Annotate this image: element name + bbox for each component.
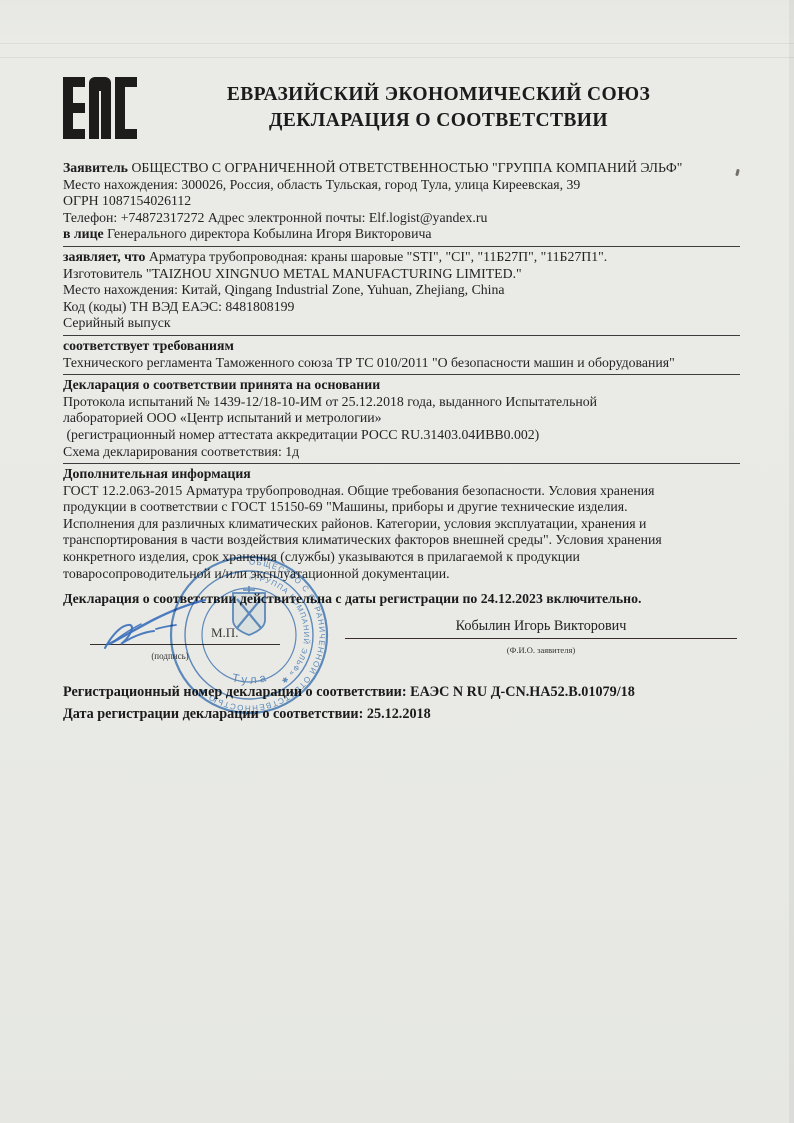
basis-section: Декларация о соответствии принята на осн… [63, 377, 740, 460]
applicant-label: Заявитель [63, 160, 128, 175]
issue-type: Серийный выпуск [63, 315, 740, 332]
regulation-line: Технического регламента Таможенного союз… [63, 355, 740, 372]
conformity-heading-text: соответствует требованиям [63, 338, 234, 353]
conformity-section: соответствует требованиям Технического р… [63, 338, 740, 371]
signer-name: Кобылин Игорь Викторович [345, 618, 737, 635]
applicant-contacts: Телефон: +74872317272 Адрес электронной … [63, 210, 740, 227]
declares-line: заявляет, что Арматура трубопроводная: к… [63, 249, 740, 266]
applicant-representative: в лице Генерального директора Кобылина И… [63, 226, 740, 243]
registration-block: Регистрационный номер декларации о соотв… [63, 681, 740, 725]
basis-line: Схема декларирования соответствия: 1д [63, 444, 740, 461]
conformity-heading: соответствует требованиям [63, 338, 740, 355]
section-divider [63, 246, 740, 247]
basis-line: лабораторией ООО «Центр испытаний и метр… [63, 410, 740, 427]
signer-name-line [345, 638, 737, 639]
basis-line: Протокола испытаний № 1439-12/18-10-ИМ о… [63, 394, 740, 411]
manufacturer-address: Место нахождения: Китай, Qingang Industr… [63, 282, 740, 299]
additional-info-heading-text: Дополнительная информация [63, 466, 251, 481]
additional-info-line: товаросопроводительной и/или эксплуатаци… [63, 566, 740, 583]
document-title: ЕВРАЗИЙСКИЙ ЭКОНОМИЧЕСКИЙ СОЮЗ ДЕКЛАРАЦИ… [137, 76, 740, 134]
scan-artifact-line [0, 43, 794, 45]
applicant-name: ОБЩЕСТВО С ОГРАНИЧЕННОЙ ОТВЕТСТВЕННОСТЬЮ… [131, 160, 682, 175]
manufacturer-line: Изготовитель "TAIZHOU XINGNUO METAL MANU… [63, 266, 740, 283]
eac-logo-icon [63, 76, 137, 140]
additional-info-section: Дополнительная информация ГОСТ 12.2.063-… [63, 466, 740, 582]
section-divider [63, 335, 740, 336]
additional-info-line: Исполнения для различных климатических р… [63, 516, 740, 533]
basis-heading-text: Декларация о соответствии принята на осн… [63, 377, 380, 392]
section-divider [63, 374, 740, 375]
section-divider [63, 463, 740, 464]
document-content: ЕВРАЗИЙСКИЙ ЭКОНОМИЧЕСКИЙ СОЮЗ ДЕКЛАРАЦИ… [63, 76, 740, 725]
scan-artifact-line [0, 57, 794, 58]
additional-info-line: конкретного изделия, срок хранения (служ… [63, 549, 740, 566]
basis-heading: Декларация о соответствии принята на осн… [63, 377, 740, 394]
declares-label: заявляет, что [63, 249, 145, 264]
basis-line: (регистрационный номер аттестата аккреди… [63, 427, 740, 444]
representative-name: Генерального директора Кобылина Игоря Ви… [107, 226, 431, 241]
document-header: ЕВРАЗИЙСКИЙ ЭКОНОМИЧЕСКИЙ СОЮЗ ДЕКЛАРАЦИ… [63, 76, 740, 140]
tnved-code: Код (коды) ТН ВЭД ЕАЭС: 8481808199 [63, 299, 740, 316]
applicant-line: Заявитель ОБЩЕСТВО С ОГРАНИЧЕННОЙ ОТВЕТС… [63, 160, 740, 177]
scan-edge-shadow [789, 0, 794, 1123]
registration-number-line: Регистрационный номер декларации о соотв… [63, 681, 740, 703]
title-line-1: ЕВРАЗИЙСКИЙ ЭКОНОМИЧЕСКИЙ СОЮЗ [137, 82, 740, 108]
title-line-2: ДЕКЛАРАЦИЯ О СООТВЕТСТВИИ [137, 108, 740, 134]
additional-info-heading: Дополнительная информация [63, 466, 740, 483]
company-round-stamp: ОБЩЕСТВО С ОГРАНИЧЕННОЙ ОТВЕТСТВЕННОСТЬЮ… [167, 553, 331, 717]
registration-date-line: Дата регистрации декларации о соответств… [63, 703, 740, 725]
applicant-ogrn: ОГРН 1087154026112 [63, 193, 740, 210]
product-description: Арматура трубопроводная: краны шаровые "… [149, 249, 607, 264]
svg-text:Тула: Тула [231, 671, 271, 686]
stamp-city-text: Тула [231, 671, 271, 686]
additional-info-line: ГОСТ 12.2.063-2015 Арматура трубопроводн… [63, 483, 740, 500]
additional-info-line: продукции в соответствии с ГОСТ 15150-69… [63, 499, 740, 516]
signer-caption: (Ф.И.О. заявителя) [345, 642, 737, 659]
tula-coat-of-arms-icon [233, 586, 265, 635]
signature-area: (подпись) М.П. ОБЩЕСТВО С ОГРАНИЧЕННОЙ О… [63, 611, 740, 671]
applicant-address: Место нахождения: 300026, Россия, област… [63, 177, 740, 194]
additional-info-line: транспортирования в части воздействия кл… [63, 532, 740, 549]
represented-by-label: в лице [63, 226, 104, 241]
scanned-declaration-page: ЕВРАЗИЙСКИЙ ЭКОНОМИЧЕСКИЙ СОЮЗ ДЕКЛАРАЦИ… [0, 0, 794, 1123]
applicant-section: Заявитель ОБЩЕСТВО С ОГРАНИЧЕННОЙ ОТВЕТС… [63, 160, 740, 243]
product-section: заявляет, что Арматура трубопроводная: к… [63, 249, 740, 332]
